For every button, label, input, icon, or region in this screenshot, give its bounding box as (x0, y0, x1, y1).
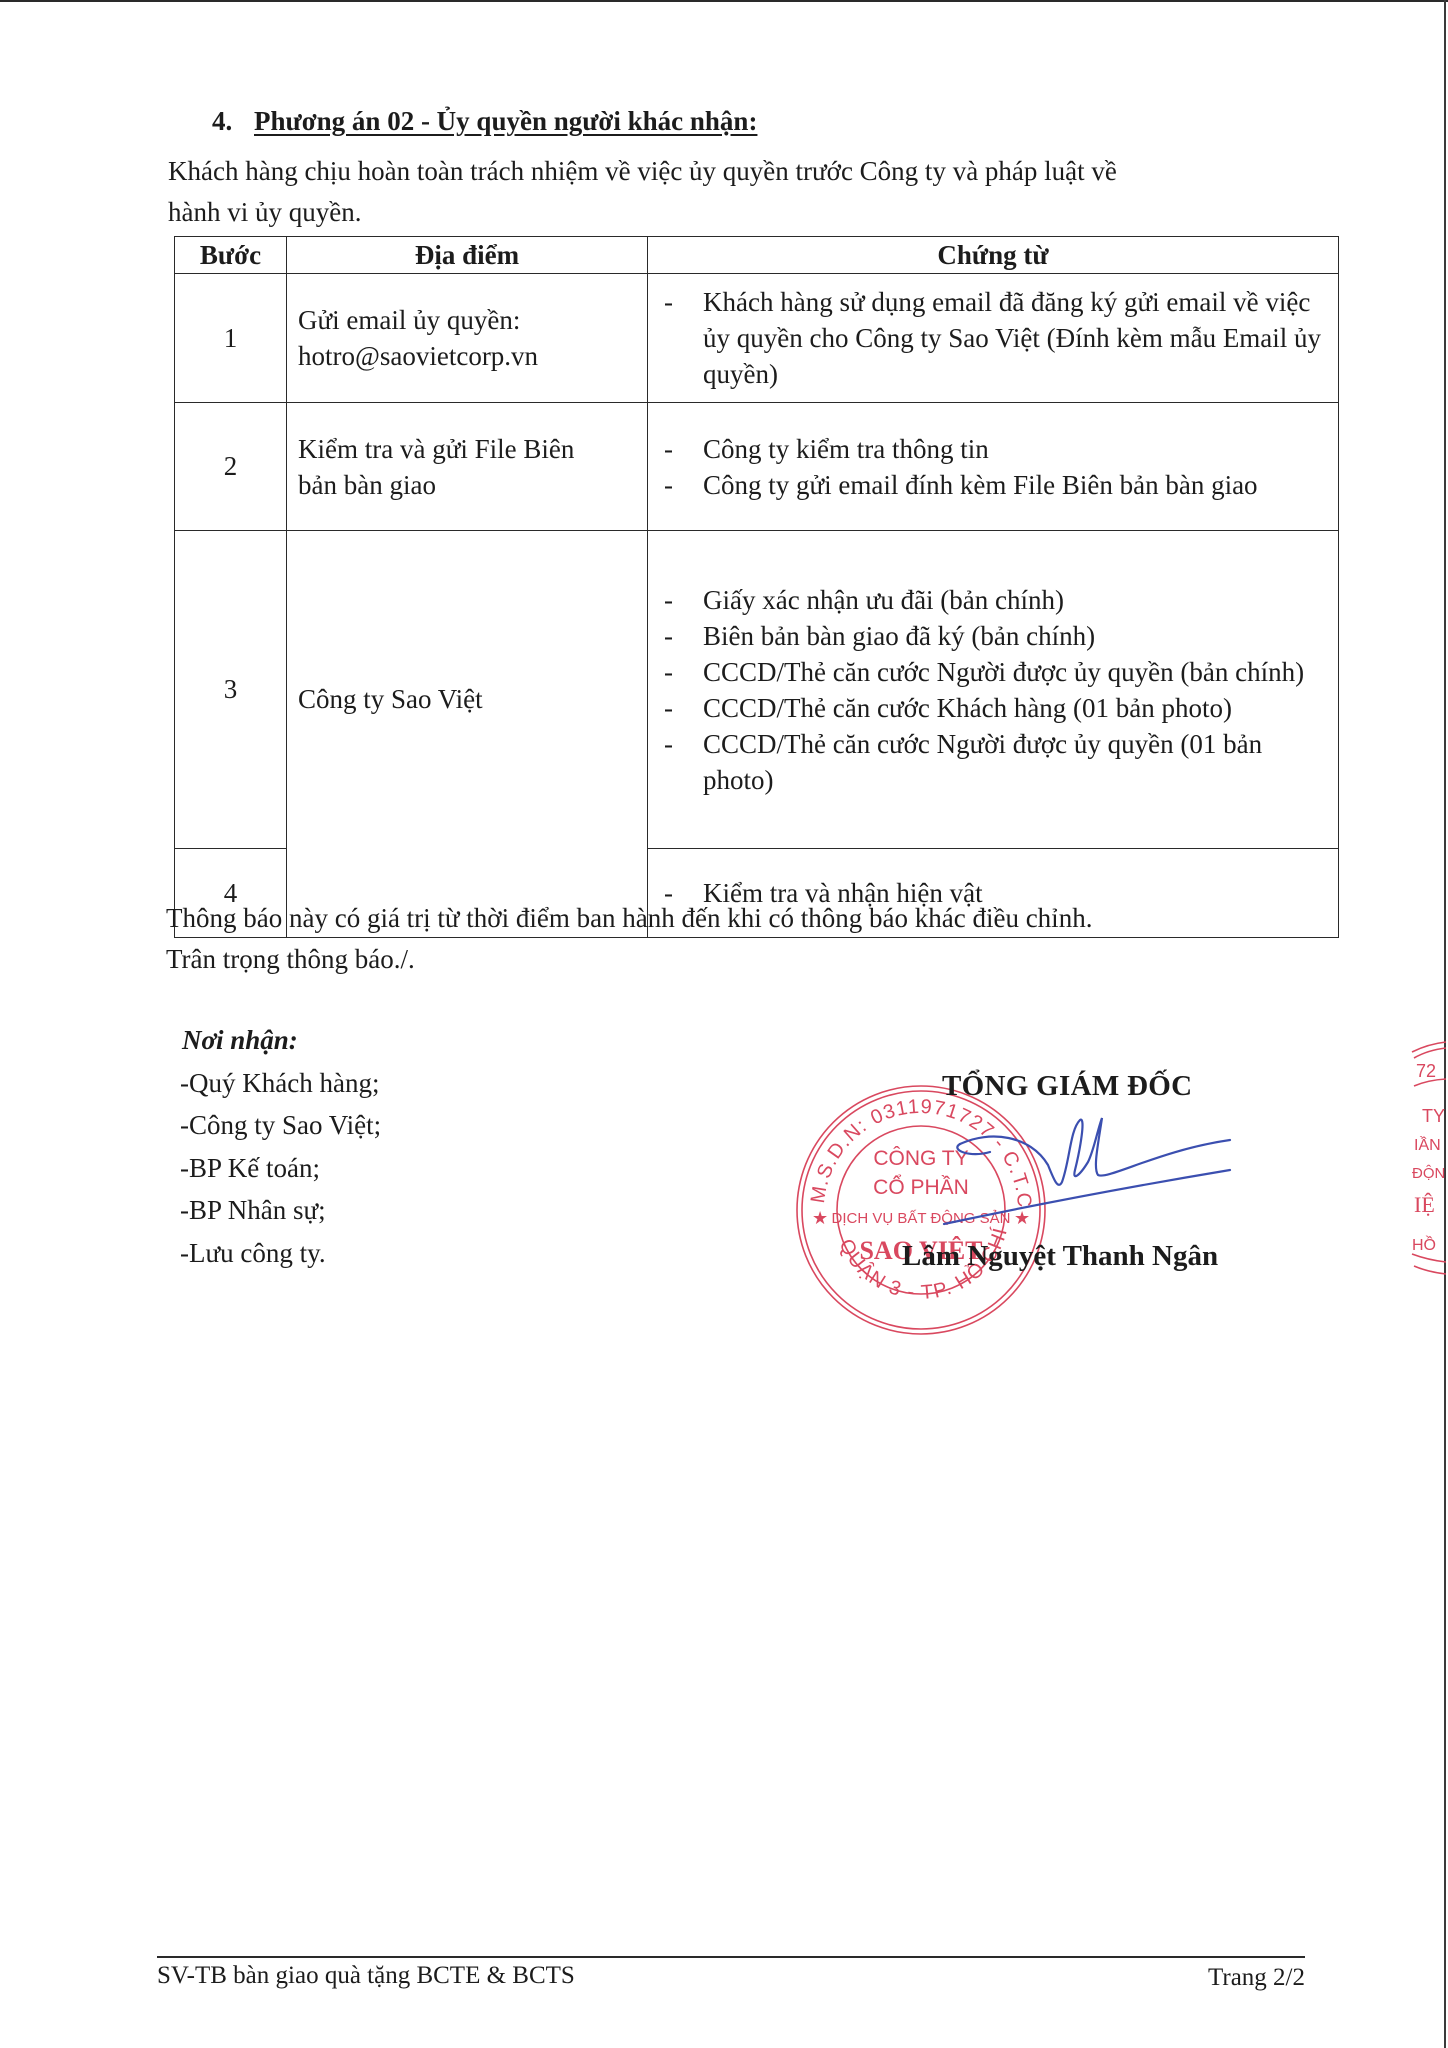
stamp-text: IỆ (1414, 1192, 1435, 1217)
header-step: Bước (175, 237, 287, 274)
intro-line: Khách hàng chịu hoàn toàn trách nhiệm về… (168, 151, 1117, 192)
location-text: Kiểm tra và gửi File Biên (298, 431, 647, 467)
signer-name: Lâm Nguyệt Thanh Ngân (902, 1240, 1218, 1273)
step-number: 3 (175, 531, 287, 849)
footer-page-number: Trang 2/2 (1208, 1964, 1305, 1992)
recipients-label: Nơi nhận: (182, 1019, 381, 1062)
signer-title: TỔNG GIÁM ĐỐC (942, 1070, 1192, 1103)
footer-document-code: SV-TB bàn giao quà tặng BCTE & BCTS (157, 1962, 575, 1990)
section-title: Phương án 02 - Ủy quyền người khác nhận: (254, 106, 757, 136)
intro-paragraph: Khách hàng chịu hoàn toàn trách nhiệm về… (168, 151, 1117, 233)
recipient-item: -Lưu công ty. (180, 1232, 381, 1275)
document-item: Công ty kiểm tra thông tin (662, 431, 1330, 467)
stamp-text: HỒ (1412, 1235, 1436, 1254)
documents-cell: Khách hàng sử dụng email đã đăng ký gửi … (648, 274, 1339, 403)
star-icon: ★ (812, 1208, 828, 1228)
documents-cell: Công ty kiểm tra thông tin Công ty gửi e… (648, 403, 1339, 531)
stamp-text: IẦN (1414, 1135, 1441, 1154)
email-address: hotro@saovietcorp.vn (298, 338, 647, 374)
procedure-table: Bước Địa điểm Chứng từ 1 Gửi email ủy qu… (174, 236, 1339, 938)
table-row: 2 Kiểm tra và gửi File Biên bản bàn giao… (175, 403, 1339, 531)
step-number: 1 (175, 274, 287, 403)
document-item: CCCD/Thẻ căn cước Người được ủy quyền (b… (662, 654, 1330, 690)
step-number: 2 (175, 403, 287, 531)
location-cell: Gửi email ủy quyền: hotro@saovietcorp.vn (287, 274, 648, 403)
intro-line: hành vi ủy quyền. (168, 192, 1117, 233)
location-text: bản bàn giao (298, 467, 647, 503)
document-item: CCCD/Thẻ căn cước Người được ủy quyền (0… (662, 726, 1330, 798)
stamp-text: 72 (1416, 1061, 1436, 1081)
closing-paragraph: Thông báo này có giá trị từ thời điểm ba… (166, 898, 1092, 980)
location-text: Gửi email ủy quyền: (298, 302, 647, 338)
table-row: 3 Công ty Sao Việt Giấy xác nhận ưu đãi … (175, 531, 1339, 849)
location-cell: Công ty Sao Việt (287, 531, 648, 938)
recipient-item: -Quý Khách hàng; (180, 1062, 381, 1105)
document-item: Giấy xác nhận ưu đãi (bản chính) (662, 582, 1330, 618)
closing-line: Thông báo này có giá trị từ thời điểm ba… (166, 898, 1092, 939)
recipient-item: -BP Kế toán; (180, 1147, 381, 1190)
header-location: Địa điểm (287, 237, 648, 274)
location-text: Công ty Sao Việt (298, 681, 647, 717)
document-item: CCCD/Thẻ căn cước Khách hàng (01 bản pho… (662, 690, 1330, 726)
page-edge (0, 0, 1448, 2)
handwritten-signature (930, 1110, 1260, 1230)
recipient-item: -BP Nhân sự; (180, 1189, 381, 1232)
table-row: 1 Gửi email ủy quyền: hotro@saovietcorp.… (175, 274, 1339, 403)
partial-stamp-edge: 72 TY IẦN ĐỘN IỆ HỒ (1410, 1022, 1446, 1277)
document-item: Khách hàng sử dụng email đã đăng ký gửi … (662, 284, 1330, 392)
table-header-row: Bước Địa điểm Chứng từ (175, 237, 1339, 274)
recipients-block: Nơi nhận: -Quý Khách hàng; -Công ty Sao … (182, 1019, 381, 1274)
section-number: 4. (212, 106, 254, 137)
header-documents: Chứng từ (648, 237, 1339, 274)
footer-divider (157, 1956, 1305, 1958)
document-item: Công ty gửi email đính kèm File Biên bản… (662, 467, 1330, 503)
section-heading: 4.Phương án 02 - Ủy quyền người khác nhậ… (212, 106, 757, 137)
stamp-text: TY (1422, 1106, 1445, 1126)
document-item: Biên bản bàn giao đã ký (bản chính) (662, 618, 1330, 654)
location-cell: Kiểm tra và gửi File Biên bản bàn giao (287, 403, 648, 531)
stamp-text: ĐỘN (1412, 1165, 1445, 1182)
closing-line: Trân trọng thông báo./. (166, 939, 1092, 980)
recipient-item: -Công ty Sao Việt; (180, 1104, 381, 1147)
documents-cell: Giấy xác nhận ưu đãi (bản chính) Biên bả… (648, 531, 1339, 849)
